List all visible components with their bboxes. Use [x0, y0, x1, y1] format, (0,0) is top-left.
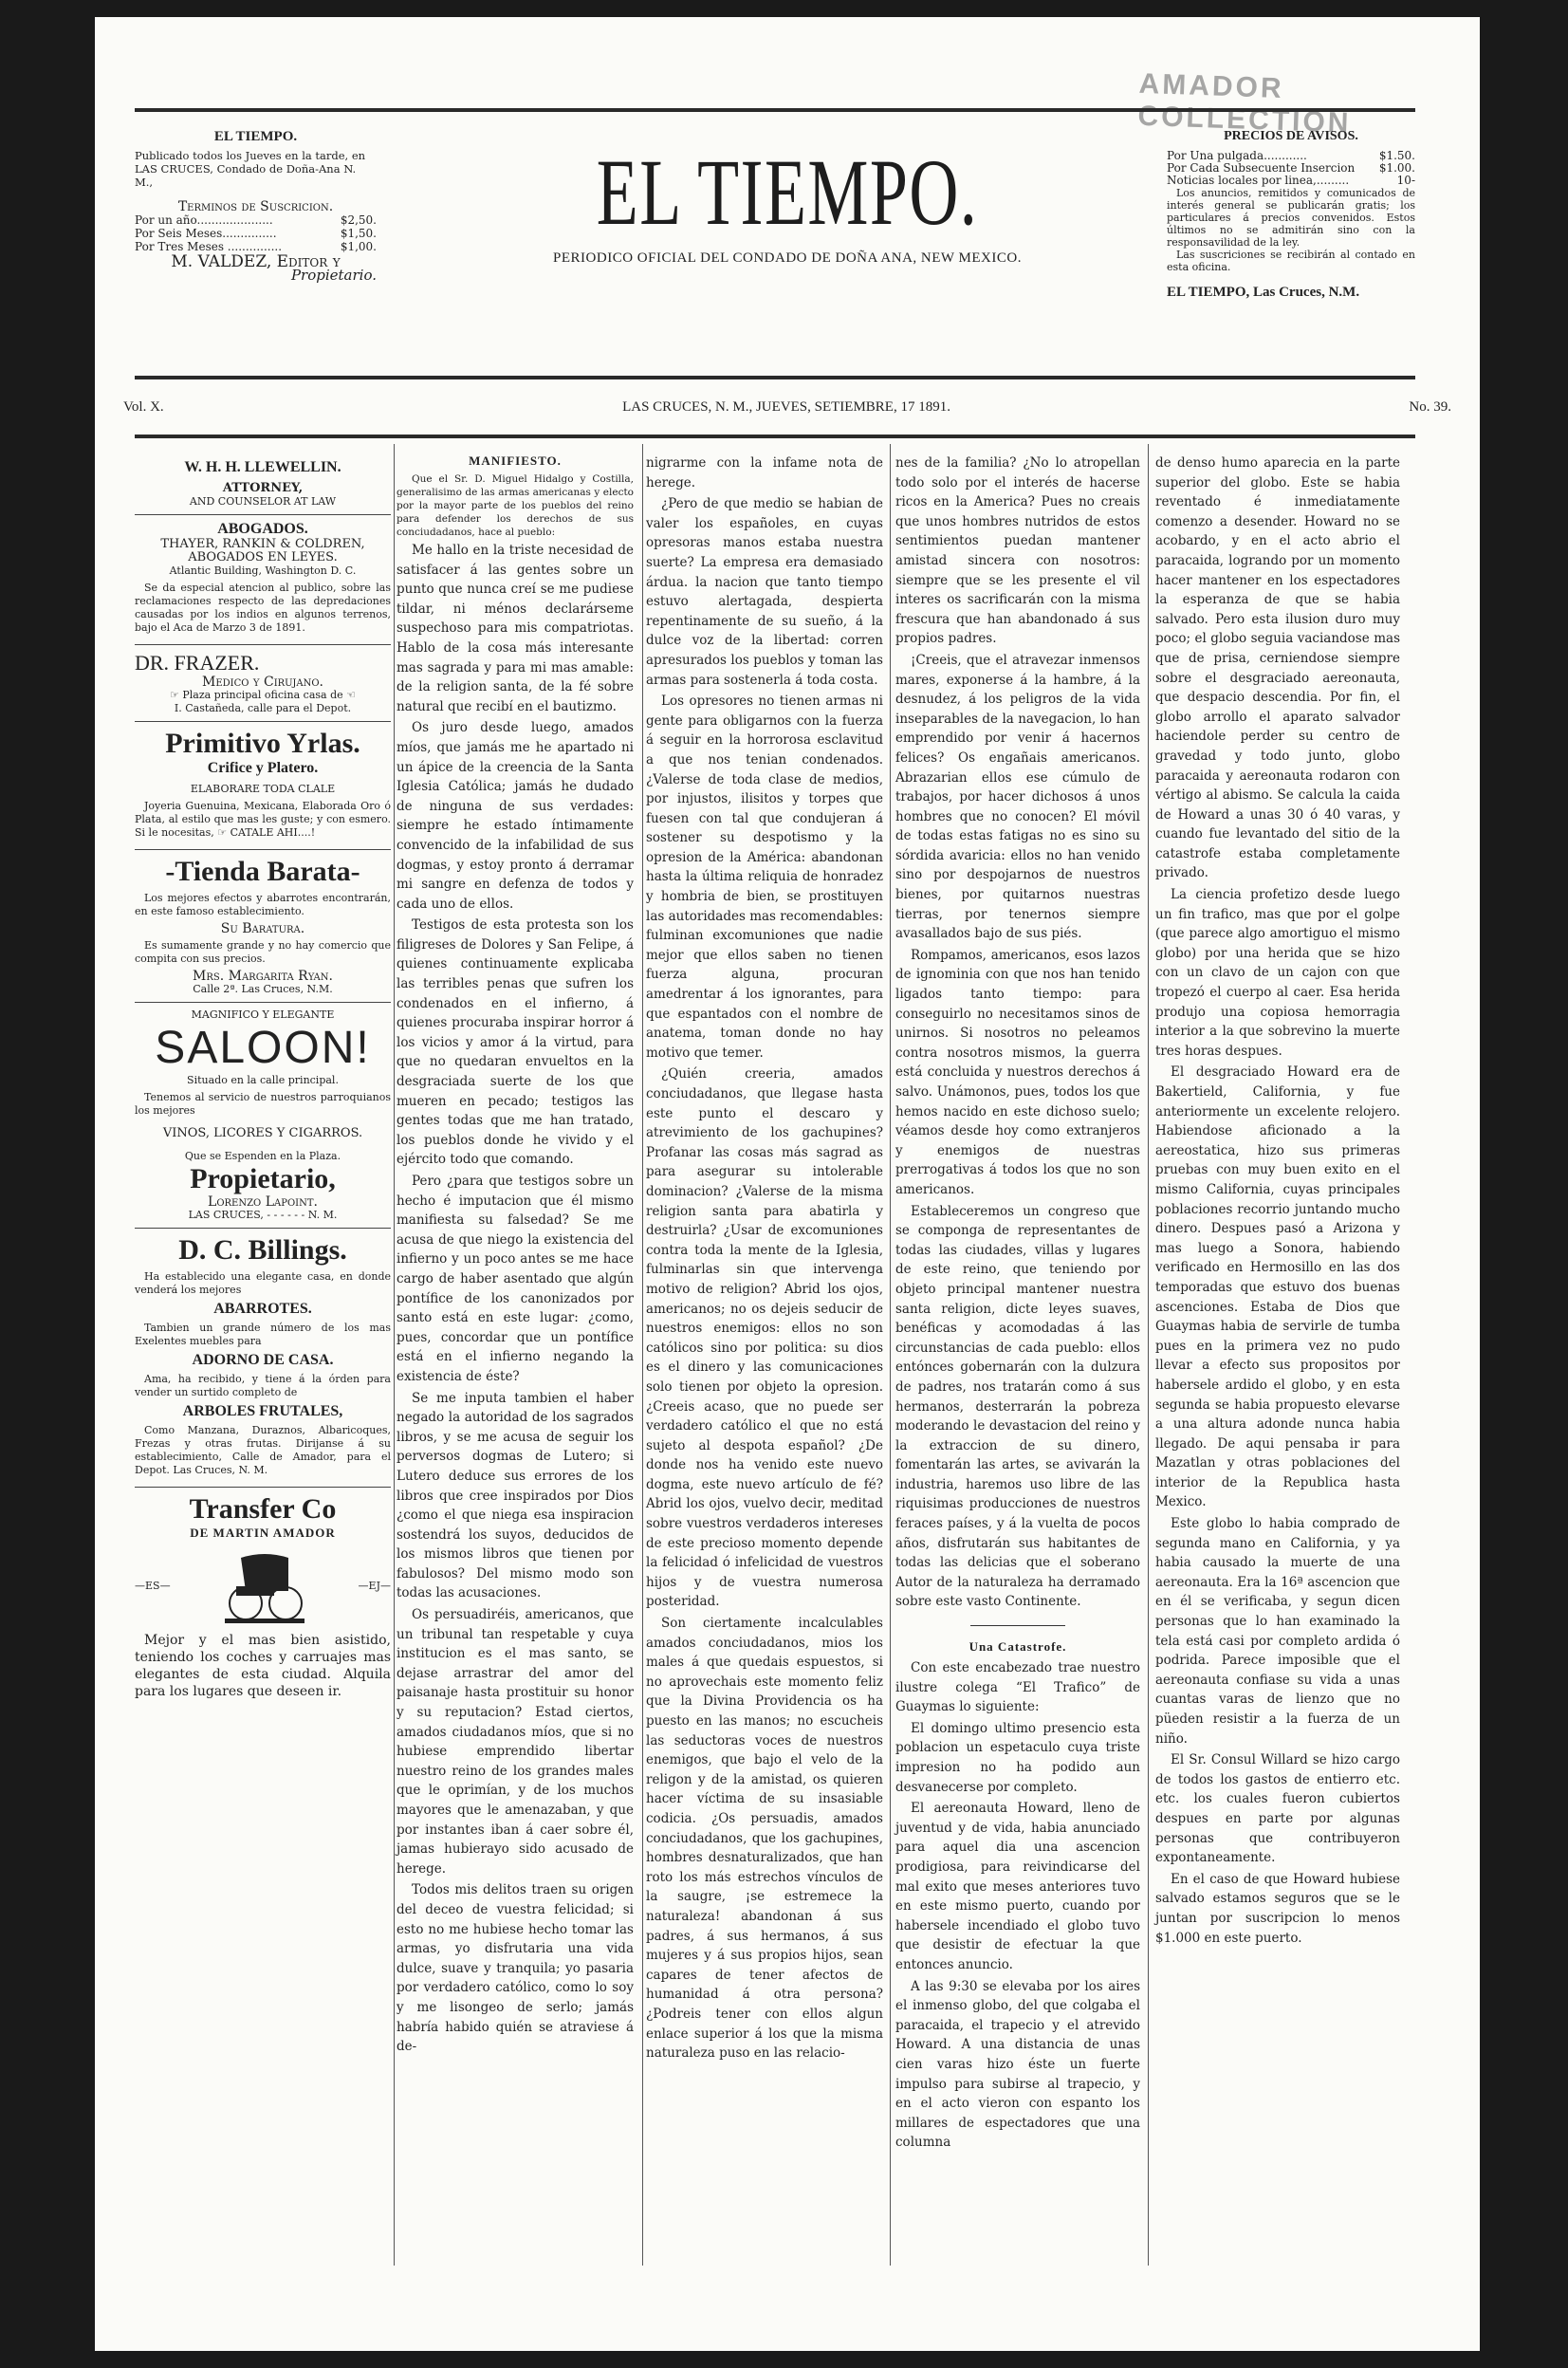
newspaper-page: AMADOR COLLECTION EL TIEMPO. Publicado t…	[95, 17, 1480, 2351]
newspaper-subtitle: PERIODICO OFICIAL DEL CONDADO DE DOÑA AN…	[398, 250, 1176, 267]
article-headline: MANIFIESTO.	[397, 453, 634, 469]
masthead-rule	[135, 376, 1415, 379]
top-rule	[135, 108, 1415, 112]
ad-transfer: Transfer Co DE MARTIN AMADOR —ES— —EJ— M…	[135, 1488, 391, 1710]
volume: Vol. X.	[123, 399, 164, 416]
advertisements-column: W. H. H. LLEWELLIN. ATTORNEY, AND COUNSE…	[135, 453, 391, 1710]
ad-llewellin: W. H. H. LLEWELLIN. ATTORNEY, AND COUNSE…	[135, 453, 391, 515]
box-title: PRECIOS DE AVISOS.	[1167, 129, 1415, 144]
ad-tienda-barata: -Tienda Barata- Los mejores efectos y ab…	[135, 850, 391, 1003]
article-headline: Una Catastrofe.	[895, 1639, 1140, 1655]
article-catastrofe-col4: de denso humo aparecia en la parte super…	[1155, 453, 1400, 1950]
ad-yrlas: Primitivo Yrlas. Crifice y Platero. ELAB…	[135, 722, 391, 850]
rate-row: Por Tres Meses ...............$1,00.	[135, 240, 377, 253]
column-divider	[394, 444, 395, 2266]
article-intro: Que el Sr. D. Miguel Hidalgo y Costilla,…	[397, 472, 634, 539]
box-title: EL TIEMPO.	[135, 129, 377, 145]
column-divider	[1148, 444, 1149, 2266]
subscription-box: EL TIEMPO. Publicado todos los Jueves en…	[135, 129, 377, 282]
article-manifiesto-col1: MANIFIESTO. Que el Sr. D. Miguel Hidalgo…	[397, 453, 634, 2059]
terms-title: Terminos de Suscricion.	[135, 200, 377, 213]
rate-row: Por un año.....................$2,50.	[135, 213, 377, 227]
carriage-icon	[217, 1548, 312, 1624]
ad-saloon: MAGNIFICO Y ELEGANTE SALOON! Situado en …	[135, 1003, 391, 1229]
rate-row: Por Seis Meses...............$1,50.	[135, 227, 377, 240]
issue-number: No. 39.	[1409, 399, 1451, 416]
subscription-policy: Las suscriciones se recibirán al contado…	[1167, 249, 1415, 273]
ad-abogados: ABOGADOS. THAYER, RANKIN & COLDREN, ABOG…	[135, 515, 391, 645]
dateline-rule	[135, 435, 1415, 438]
issue-date: LAS CRUCES, N. M., JUEVES, SETIEMBRE, 17…	[622, 399, 950, 416]
advertising-rates-box: PRECIOS DE AVISOS. Por Una pulgada......…	[1167, 129, 1415, 301]
rate-row: Noticias locales por linea,.........10-	[1167, 175, 1415, 187]
publication-note: Publicado todos los Jueves en la tarde, …	[135, 149, 377, 189]
newspaper-title: EL TIEMPO.	[507, 140, 1067, 245]
ad-policy: Los anuncios, remitidos y comunicados de…	[1167, 187, 1415, 249]
article-manifiesto-col2: nigrarme con la infame nota de herege. ¿…	[646, 453, 883, 2065]
signature: EL TIEMPO, Las Cruces, N.M.	[1167, 285, 1415, 301]
masthead: EL TIEMPO. PERIODICO OFICIAL DEL CONDADO…	[398, 140, 1176, 267]
ad-frazer: DR. FRAZER. Medico y Cirujano. ☞ Plaza p…	[135, 645, 391, 722]
column-divider	[890, 444, 891, 2266]
ad-billings: D. C. Billings. Ha establecido una elega…	[135, 1229, 391, 1488]
column-divider	[642, 444, 643, 2266]
dateline: Vol. X. LAS CRUCES, N. M., JUEVES, SETIE…	[123, 399, 1451, 416]
article-manifiesto-col3: nes de la familia? ¿No lo atropellan tod…	[895, 453, 1140, 2155]
divider	[970, 1625, 1065, 1626]
